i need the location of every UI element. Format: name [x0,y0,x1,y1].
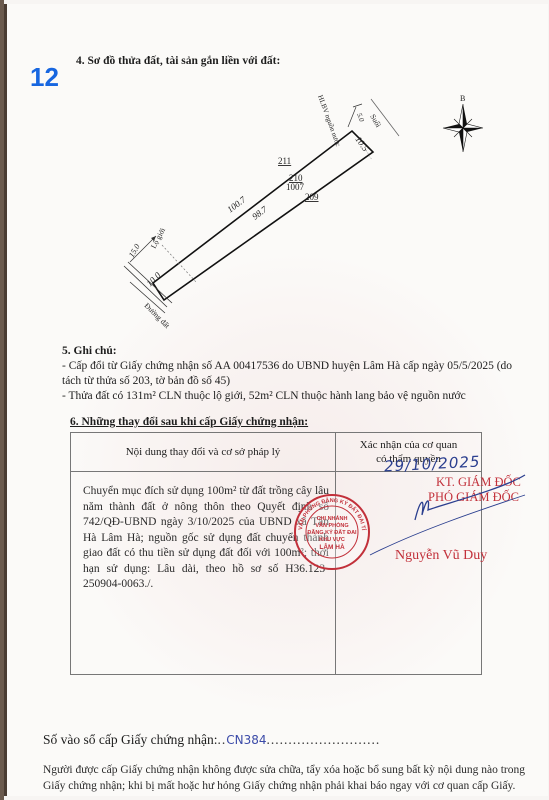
svg-text:KHU VỰC: KHU VỰC [319,537,345,543]
svg-text:HLBV nguồn nước: HLBV nguồn nước [316,94,342,148]
registry-label: Số vào sổ cấp Giấy chứng nhận: [43,732,218,747]
compass-rose-icon: B [443,94,483,152]
signer-name: Nguyễn Vũ Duy [395,548,487,564]
plot-diagram: 211 210 1007 209 100.7 98.7 10.0 10.5 15… [0,0,549,340]
svg-text:Suối: Suối [368,113,383,129]
section-5-notes: 5. Ghi chú: - Cấp đổi từ Giấy chứng nhận… [62,344,532,404]
svg-text:10.0: 10.0 [144,270,163,289]
registry-value: CN384 [226,733,266,747]
note-item: - Cấp đổi từ Giấy chứng nhận số AA 00417… [62,359,532,389]
svg-text:B: B [460,94,465,103]
neighbor-211: 211 [278,156,291,166]
svg-text:LÂM HÀ: LÂM HÀ [319,542,345,551]
svg-text:15.0: 15.0 [127,242,142,259]
svg-text:CHI NHÁNH: CHI NHÁNH [317,515,348,522]
official-stamp: CHI NHÁNH VĂN PHÒNG ĐĂNG KÝ ĐẤT ĐAI KHU … [292,492,372,572]
parcel-area: 1007 [286,182,305,192]
registry-number: Số vào sổ cấp Giấy chứng nhận:..CN384...… [43,732,380,748]
section-6-title: 6. Những thay đổi sau khi cấp Giấy chứng… [70,416,308,428]
svg-text:Đường đất: Đường đất [143,301,173,331]
note-item: - Thửa đất có 131m² CLN thuộc lộ giới, 5… [62,389,532,404]
svg-text:ĐĂNG KÝ ĐẤT ĐAI: ĐĂNG KÝ ĐẤT ĐAI [307,529,357,536]
section-5-title: 5. Ghi chú: [62,344,532,359]
footer-note: Người được cấp Giấy chứng nhận không đượ… [43,762,533,794]
svg-text:10.5: 10.5 [353,134,371,153]
neighbor-209: 209 [305,192,319,202]
column-header-content: Nội dung thay đổi và cơ sở pháp lý [71,433,336,472]
svg-text:100.7: 100.7 [225,194,248,214]
svg-text:VĂN PHÒNG: VĂN PHÒNG [315,521,348,529]
svg-text:5.0: 5.0 [355,112,366,123]
